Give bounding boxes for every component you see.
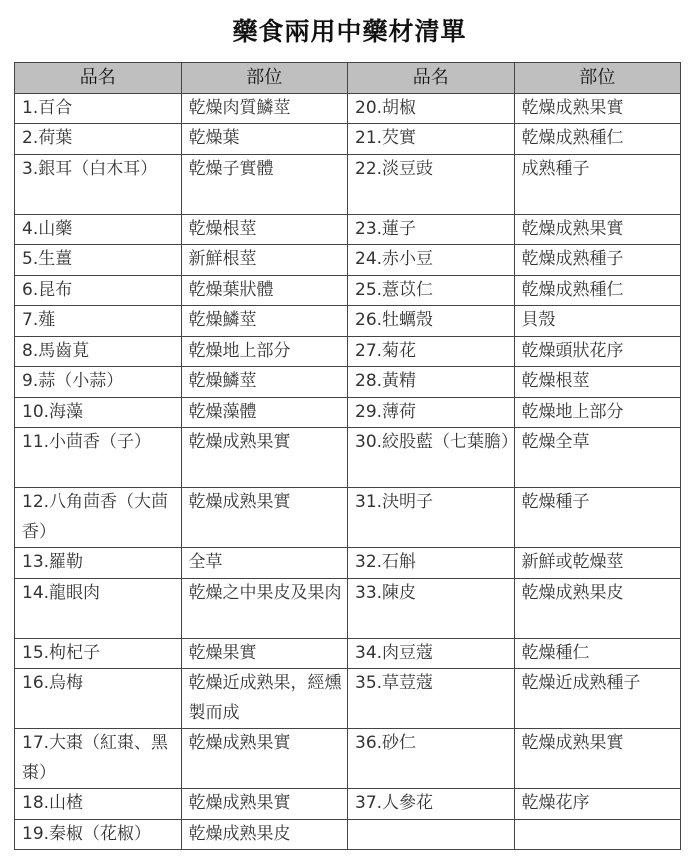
header-part-left: 部位 [181, 63, 348, 94]
table-row: 7.薤乾燥鱗莖26.牡蠣殼貝殼 [15, 306, 681, 337]
herb-name-cell: 37.人參花 [348, 789, 515, 820]
herb-part-cell: 乾燥葉 [181, 124, 348, 155]
herb-part-cell: 乾燥子實體 [181, 154, 348, 214]
table-row: 5.生薑新鮮根莖24.赤小豆乾燥成熟種子 [15, 245, 681, 276]
herb-part-cell: 乾燥成熟果實 [181, 428, 348, 488]
herb-part-cell: 全草 [181, 548, 348, 579]
table-row: 13.羅勒全草32.石斛新鮮或乾燥莖 [15, 548, 681, 579]
herb-part-cell: 新鮮或乾燥莖 [514, 548, 681, 579]
table-row: 11.小茴香（子）乾燥成熟果實30.絞股藍（七葉膽）乾燥全草 [15, 428, 681, 488]
herb-name-cell: 17.大棗（紅棗、黑棗） [15, 729, 182, 789]
herb-name-cell: 35.草荳蔻 [348, 669, 515, 729]
table-body: 1.百合乾燥肉質鱗莖20.胡椒乾燥成熟果實2.荷葉乾燥葉21.芡實乾燥成熟種仁3… [15, 93, 681, 850]
table-row: 10.海藻乾燥藻體29.薄荷乾燥地上部分 [15, 397, 681, 428]
herb-name-cell: 33.陳皮 [348, 578, 515, 638]
table-row: 19.秦椒（花椒）乾燥成熟果皮 [15, 819, 681, 850]
herb-part-cell: 乾燥地上部分 [181, 336, 348, 367]
herb-name-cell [348, 819, 515, 850]
herb-name-cell: 2.荷葉 [15, 124, 182, 155]
herb-name-cell: 18.山楂 [15, 789, 182, 820]
herb-part-cell: 乾燥地上部分 [514, 397, 681, 428]
herb-name-cell: 5.生薑 [15, 245, 182, 276]
herb-name-cell: 10.海藻 [15, 397, 182, 428]
table-row: 2.荷葉乾燥葉21.芡實乾燥成熟種仁 [15, 124, 681, 155]
herb-name-cell: 30.絞股藍（七葉膽） [348, 428, 515, 488]
herb-name-cell: 29.薄荷 [348, 397, 515, 428]
herb-part-cell: 乾燥成熟果實 [514, 214, 681, 245]
herb-part-cell: 乾燥全草 [514, 428, 681, 488]
herb-part-cell: 乾燥成熟果實 [181, 729, 348, 789]
herb-part-cell: 乾燥成熟果皮 [181, 819, 348, 850]
herb-part-cell: 乾燥成熟果皮 [514, 578, 681, 638]
herb-part-cell: 乾燥藻體 [181, 397, 348, 428]
herb-name-cell: 27.菊花 [348, 336, 515, 367]
table-header-row: 品名 部位 品名 部位 [15, 63, 681, 94]
herb-name-cell: 22.淡豆豉 [348, 154, 515, 214]
herb-name-cell: 4.山藥 [15, 214, 182, 245]
table-row: 18.山楂乾燥成熟果實37.人參花乾燥花序 [15, 789, 681, 820]
herb-name-cell: 26.牡蠣殼 [348, 306, 515, 337]
herb-part-cell: 新鮮根莖 [181, 245, 348, 276]
herb-name-cell: 34.肉豆蔻 [348, 638, 515, 669]
herb-part-cell: 乾燥近成熟果，經燻製而成 [181, 669, 348, 729]
herb-name-cell: 16.烏梅 [15, 669, 182, 729]
herb-part-cell: 乾燥根莖 [181, 214, 348, 245]
herb-part-cell: 乾燥成熟種子 [514, 245, 681, 276]
herb-part-cell: 乾燥成熟種仁 [514, 124, 681, 155]
table-row: 4.山藥乾燥根莖23.蓮子乾燥成熟果實 [15, 214, 681, 245]
herb-part-cell: 成熟種子 [514, 154, 681, 214]
table-row: 3.銀耳（白木耳）乾燥子實體22.淡豆豉成熟種子 [15, 154, 681, 214]
herb-name-cell: 23.蓮子 [348, 214, 515, 245]
herb-part-cell: 乾燥花序 [514, 789, 681, 820]
herb-part-cell: 乾燥成熟果實 [181, 789, 348, 820]
herb-part-cell: 乾燥根莖 [514, 367, 681, 398]
herb-part-cell: 乾燥葉狀體 [181, 275, 348, 306]
herb-name-cell: 6.昆布 [15, 275, 182, 306]
herb-part-cell: 乾燥種仁 [514, 638, 681, 669]
herb-name-cell: 12.八角茴香（大茴香） [15, 488, 182, 548]
herb-name-cell: 11.小茴香（子） [15, 428, 182, 488]
header-name-left: 品名 [15, 63, 182, 94]
herb-part-cell: 乾燥之中果皮及果肉 [181, 578, 348, 638]
herb-part-cell: 乾燥頭狀花序 [514, 336, 681, 367]
herb-part-cell: 貝殼 [514, 306, 681, 337]
herb-part-cell: 乾燥成熟果實 [514, 93, 681, 124]
herb-part-cell [514, 819, 681, 850]
table-row: 15.枸杞子乾燥果實34.肉豆蔻乾燥種仁 [15, 638, 681, 669]
herb-name-cell: 28.黃精 [348, 367, 515, 398]
herb-name-cell: 32.石斛 [348, 548, 515, 579]
herb-part-cell: 乾燥鱗莖 [181, 367, 348, 398]
herb-name-cell: 7.薤 [15, 306, 182, 337]
herb-name-cell: 24.赤小豆 [348, 245, 515, 276]
herb-name-cell: 3.銀耳（白木耳） [15, 154, 182, 214]
table-row: 14.龍眼肉乾燥之中果皮及果肉33.陳皮乾燥成熟果皮 [15, 578, 681, 638]
herb-name-cell: 14.龍眼肉 [15, 578, 182, 638]
table-row: 1.百合乾燥肉質鱗莖20.胡椒乾燥成熟果實 [15, 93, 681, 124]
table-row: 16.烏梅乾燥近成熟果，經燻製而成35.草荳蔻乾燥近成熟種子 [15, 669, 681, 729]
herb-name-cell: 25.薏苡仁 [348, 275, 515, 306]
herb-part-cell: 乾燥成熟果實 [181, 488, 348, 548]
table-row: 8.馬齒莧乾燥地上部分27.菊花乾燥頭狀花序 [15, 336, 681, 367]
header-name-right: 品名 [348, 63, 515, 94]
herb-part-cell: 乾燥近成熟種子 [514, 669, 681, 729]
herb-name-cell: 13.羅勒 [15, 548, 182, 579]
table-row: 17.大棗（紅棗、黑棗）乾燥成熟果實36.砂仁乾燥成熟果實 [15, 729, 681, 789]
herb-name-cell: 31.決明子 [348, 488, 515, 548]
herb-part-cell: 乾燥果實 [181, 638, 348, 669]
herb-part-cell: 乾燥成熟種仁 [514, 275, 681, 306]
header-part-right: 部位 [514, 63, 681, 94]
herb-name-cell: 15.枸杞子 [15, 638, 182, 669]
herb-name-cell: 19.秦椒（花椒） [15, 819, 182, 850]
document-title: 藥食兩用中藥材清單 [0, 12, 699, 48]
herb-name-cell: 20.胡椒 [348, 93, 515, 124]
herb-name-cell: 8.馬齒莧 [15, 336, 182, 367]
herb-part-cell: 乾燥肉質鱗莖 [181, 93, 348, 124]
table-row: 6.昆布乾燥葉狀體25.薏苡仁乾燥成熟種仁 [15, 275, 681, 306]
herb-part-cell: 乾燥種子 [514, 488, 681, 548]
herb-name-cell: 21.芡實 [348, 124, 515, 155]
herb-list-table: 品名 部位 品名 部位 1.百合乾燥肉質鱗莖20.胡椒乾燥成熟果實2.荷葉乾燥葉… [14, 62, 681, 850]
herb-part-cell: 乾燥成熟果實 [514, 729, 681, 789]
herb-part-cell: 乾燥鱗莖 [181, 306, 348, 337]
table-row: 12.八角茴香（大茴香）乾燥成熟果實31.決明子乾燥種子 [15, 488, 681, 548]
herb-name-cell: 36.砂仁 [348, 729, 515, 789]
table-row: 9.蒜（小蒜）乾燥鱗莖28.黃精乾燥根莖 [15, 367, 681, 398]
herb-name-cell: 9.蒜（小蒜） [15, 367, 182, 398]
herb-name-cell: 1.百合 [15, 93, 182, 124]
